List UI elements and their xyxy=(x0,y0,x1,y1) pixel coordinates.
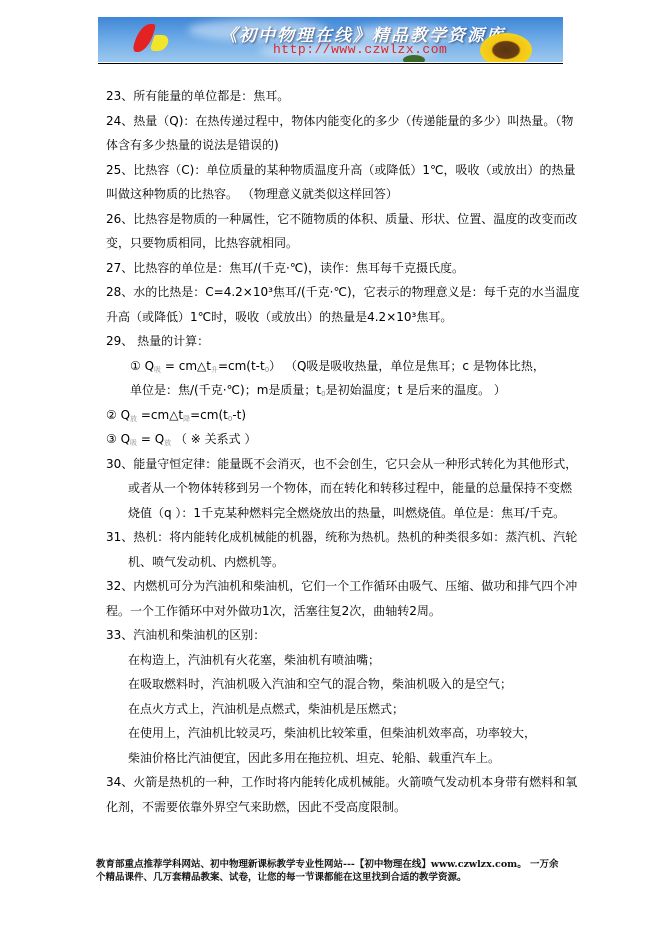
sunflower-icon xyxy=(480,33,532,62)
formula-1-cont: 单位是：焦/(千克·℃)；m是质量；t0是初始温度；t 是后来的温度。 ） xyxy=(106,378,566,403)
formula-text: =cm(t-t xyxy=(218,359,265,373)
document-body: 23、所有能量的单位都是：焦耳。 24、热量（Q)：在热传递过程中，物体内能变化… xyxy=(106,84,566,819)
formula-text: = cm△t xyxy=(161,359,211,373)
item-31-cont: 机、喷气发动机、内燃机等。 xyxy=(106,550,566,575)
item-30: 30、能量守恒定律：能量既不会消灭，也不会创生，它只会从一种形式转化为其他形式， xyxy=(106,452,566,477)
item-33: 33、汽油机和柴油机的区别： xyxy=(106,623,566,648)
item-26-cont: 变，只要物质相同，比热容就相同。 xyxy=(106,231,566,256)
formula-3: ③ Q吸 = Q放 （ ※ 关系式 ） xyxy=(106,427,566,452)
item-25: 25、比热容（C)：单位质量的某种物质温度升高（或降低）1℃，吸收（或放出）的热… xyxy=(106,158,566,183)
item-33-point: 柴油价格比汽油便宜，因此多用在拖拉机、坦克、轮船、载重汽车上。 xyxy=(106,746,566,771)
item-28: 28、水的比热是：C=4.2×10³焦耳/(千克·℃)，它表示的物理意义是：每千… xyxy=(106,280,566,305)
formula-text: ③ Q xyxy=(106,432,130,446)
page-footer: 教育部重点推荐学科网站、初中物理新课标教学专业性网站---【初中物理在线】www… xyxy=(96,858,576,884)
site-url: http://www.czwlzx.com xyxy=(273,42,447,57)
item-33-point: 在使用上，汽油机比较灵巧，柴油机比较笨重，但柴油机效率高，功率较大， xyxy=(106,721,566,746)
item-31: 31、热机：将内能转化成机械能的机器，统称为热机。热机的种类很多如：蒸汽机、汽轮 xyxy=(106,525,566,550)
item-27: 27、比热容的单位是：焦耳/(千克·℃)，读作：焦耳每千克摄氏度。 xyxy=(106,256,566,281)
formula-text: 是初始温度；t 是后来的温度。 ） xyxy=(326,383,506,397)
footer-line-2: 个精品课件、几万套精品教案、试卷，让您的每一节课都能在这里找到合适的教学资源。 xyxy=(96,871,576,884)
item-25-cont: 叫做这种物质的比热容。 （物理意义就类似这样回答） xyxy=(106,182,566,207)
header-divider xyxy=(98,63,563,64)
formula-1: ① Q吸 = cm△t升=cm(t-t0） （Q吸是吸收热量，单位是焦耳；c 是… xyxy=(106,354,566,379)
item-30-cont: 或者从一个物体转移到另一个物体，而在转化和转移过程中，能量的总量保持不变燃 xyxy=(106,476,566,501)
item-32: 32、内燃机可分为汽油机和柴油机，它们一个工作循环由吸气、压缩、做功和排气四个冲 xyxy=(106,574,566,599)
item-34: 34、火箭是热机的一种，工作时将内能转化成机械能。火箭喷气发动机本身带有燃料和氧 xyxy=(106,770,566,795)
item-30-cont: 烧值（q ）：1千克某种燃料完全燃烧放出的热量，叫燃烧值。单位是：焦耳/千克。 xyxy=(106,501,566,526)
item-24-cont: 体含有多少热量的说法是错误的) xyxy=(106,133,566,158)
formula-text: ① Q xyxy=(130,359,154,373)
formula-text: （ ※ 关系式 ） xyxy=(171,432,256,446)
formula-subscript: 吸 xyxy=(154,366,161,374)
item-26: 26、比热容是物质的一种属性，它不随物质的体积、质量、形状、位置、温度的改变而改 xyxy=(106,207,566,232)
item-33-point: 在点火方式上，汽油机是点燃式，柴油机是压燃式； xyxy=(106,697,566,722)
item-29: 29、 热量的计算： xyxy=(106,329,566,354)
formula-text: -t) xyxy=(232,408,246,422)
site-banner: 《初中物理在线》精品教学资源库 http://www.czwlzx.com xyxy=(98,17,563,62)
item-32-cont: 程。一个工作循环中对外做功1次，活塞往复2次，曲轴转2周。 xyxy=(106,599,566,624)
formula-subscript: 吸 xyxy=(130,439,137,447)
formula-subscript: 放 xyxy=(130,415,137,423)
formula-text: ） （Q吸是吸收热量，单位是焦耳；c 是物体比热， xyxy=(269,359,545,373)
item-24: 24、热量（Q)：在热传递过程中，物体内能变化的多少（传递能量的多少）叫热量。（… xyxy=(106,109,566,134)
item-33-point: 在吸取燃料时，汽油机吸入汽油和空气的混合物，柴油机吸入的是空气； xyxy=(106,672,566,697)
item-28-cont: 升高（或降低）1℃时，吸收（或放出）的热量是4.2×10³焦耳。 xyxy=(106,305,566,330)
formula-text: = Q xyxy=(137,432,164,446)
footer-line-1: 教育部重点推荐学科网站、初中物理新课标教学专业性网站---【初中物理在线】www… xyxy=(96,858,576,871)
formula-text: ② Q xyxy=(106,408,130,422)
item-23: 23、所有能量的单位都是：焦耳。 xyxy=(106,84,566,109)
item-33-point: 在构造上，汽油机有火花塞，柴油机有喷油嘴； xyxy=(106,648,566,673)
formula-text: =cm(t xyxy=(190,408,228,422)
item-34-cont: 化剂，不需要依靠外界空气来助燃，因此不受高度限制。 xyxy=(106,795,566,820)
formula-text: =cm△t xyxy=(137,408,183,422)
formula-subscript: 升 xyxy=(211,366,218,374)
leaf-icon xyxy=(403,55,425,62)
logo-accent-icon xyxy=(149,35,170,51)
formula-2: ② Q放 =cm△t降=cm(t0-t) xyxy=(106,403,566,428)
formula-text: 单位是：焦/(千克·℃)；m是质量；t xyxy=(130,383,321,397)
